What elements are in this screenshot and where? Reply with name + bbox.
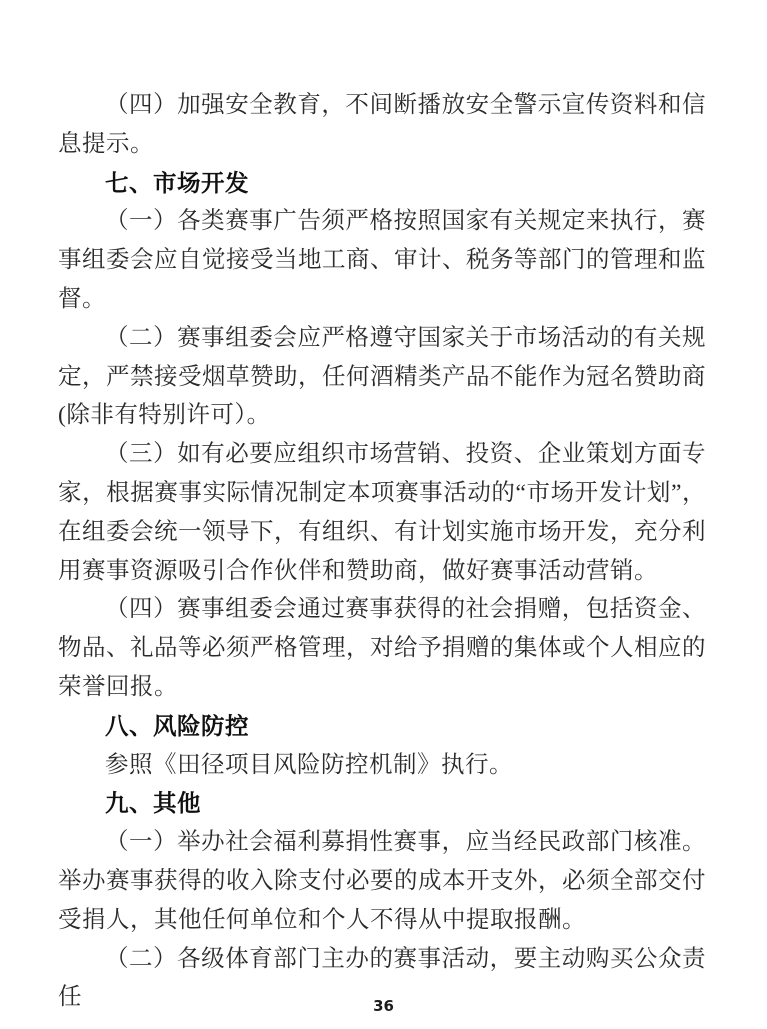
- section-heading-market-development: 七、市场开发: [58, 164, 706, 203]
- section-heading-risk-control: 八、风险防控: [58, 707, 706, 746]
- paragraph-sponsorship-rules: （二）赛事组委会应严格遵守国家关于市场活动的有关规定，严禁接受烟草赞助，任何酒精…: [58, 319, 706, 435]
- section-heading-other: 九、其他: [58, 784, 706, 823]
- paragraph-advertising-rules: （一）各类赛事广告须严格按照国家有关规定来执行，赛事组委会应自觉接受当地工商、审…: [58, 202, 706, 318]
- paragraph-safety-education: （四）加强安全教育，不间断播放安全警示宣传资料和信息提示。: [58, 86, 706, 164]
- paragraph-charity-events: （一）举办社会福利募捐性赛事，应当经民政部门核准。举办赛事获得的收入除支付必要的…: [58, 823, 706, 939]
- document-body: （四）加强安全教育，不间断播放安全警示宣传资料和信息提示。 七、市场开发 （一）…: [58, 86, 706, 1017]
- paragraph-donation-management: （四）赛事组委会通过赛事获得的社会捐赠，包括资金、物品、礼品等必须严格管理，对给…: [58, 590, 706, 706]
- paragraph-market-plan: （三）如有必要应组织市场营销、投资、企业策划方面专家，根据赛事实际情况制定本项赛…: [58, 435, 706, 590]
- page-number: 36: [0, 997, 767, 1015]
- document-page: （四）加强安全教育，不间断播放安全警示宣传资料和信息提示。 七、市场开发 （一）…: [0, 0, 767, 1029]
- paragraph-risk-reference: 参照《田径项目风险防控机制》执行。: [58, 746, 706, 785]
